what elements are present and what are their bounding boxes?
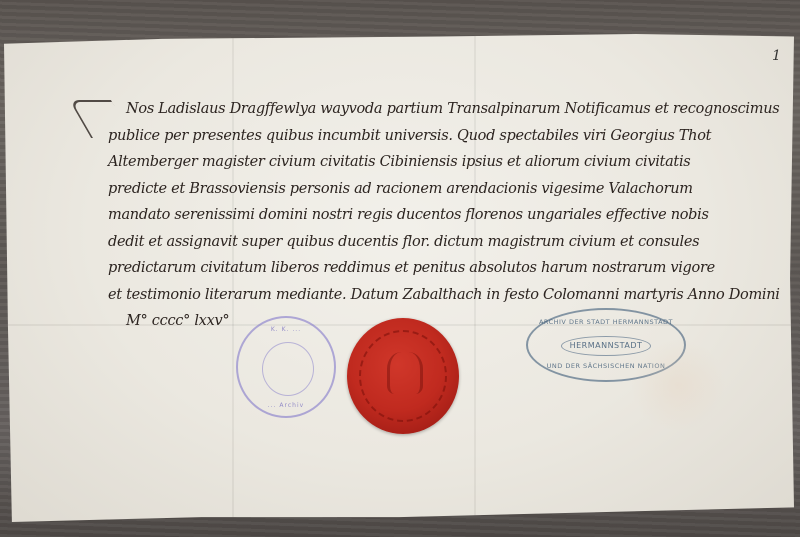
stamp-text: ... Archiv	[238, 402, 334, 409]
folio-number: 1	[772, 48, 781, 64]
text-line: publice per presentes quibus incumbit un…	[108, 123, 778, 150]
text-line: et testimonio literarum mediante. Datum …	[108, 282, 778, 309]
stamp-center-text: HERMANNSTADT	[561, 336, 651, 356]
seal-emblem-icon	[387, 352, 423, 394]
stamp-text: ARCHIV DER STADT HERMANNSTADT	[528, 318, 684, 326]
red-wax-seal	[347, 318, 459, 434]
seal-stain	[628, 340, 728, 430]
text-line: mandato serenissimi domini nostri regis …	[108, 202, 778, 229]
text-line: Altemberger magister civium civitatis Ci…	[108, 149, 778, 176]
text-line: predictarum civitatum liberos reddimus e…	[108, 255, 778, 282]
stamp-text: K. K. ...	[238, 326, 334, 333]
text-line: Nos Ladislaus Dragffewlya wayvoda partiu…	[126, 96, 778, 123]
stamp-emblem	[262, 342, 314, 396]
purple-archive-stamp: K. K. ... ... Archiv	[236, 316, 336, 418]
text-line: dedit et assignavit super quibus ducenti…	[108, 229, 778, 256]
text-line: predicte et Brassoviensis personis ad ra…	[108, 176, 778, 203]
charter-text: Nos Ladislaus Dragffewlya wayvoda partiu…	[108, 96, 778, 335]
